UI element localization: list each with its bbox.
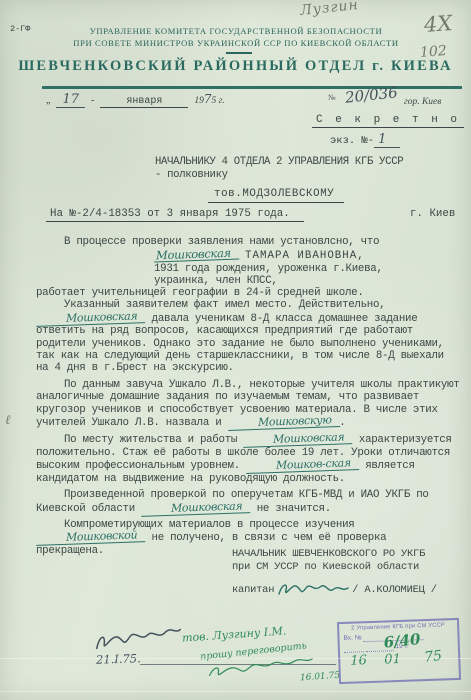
paragraph-3: По данным завуча Ушкало Л.В., некоторые …: [36, 379, 460, 430]
pencil-number-crossed: 4Х: [423, 11, 453, 37]
p6-surname-handwritten: Мошковской: [36, 529, 146, 546]
doc-number-label: №: [328, 93, 336, 102]
paragraph-1-intro: В процессе проверки заявления нами устан…: [36, 236, 460, 248]
org-underline-mark: [226, 52, 252, 54]
secrecy-stamp: С е к р е т н о: [312, 114, 464, 128]
reference-line: На №-2/4-18353 от 3 января 1975 года.: [46, 208, 304, 222]
department-title: ШЕВЧЕНКОВСКИЙ РАЙОННЫЙ ОТДЕЛ г. КИЕВА: [0, 58, 471, 75]
margin-pencil-mark: ℓ: [5, 412, 10, 428]
addressee-line2: - полковнику: [155, 169, 403, 182]
form-code: 2-ГФ: [10, 24, 30, 34]
dark-ink-date: 21.І.75.: [96, 651, 141, 667]
paragraph-1-tail: работает учительницей географии в 24-й с…: [36, 287, 460, 299]
document-scan-page: 2-ГФ Лузгин 4Х 102 УПРАВЛЕНИЕ КОМИТЕТА Г…: [0, 0, 471, 700]
paragraph-5: Произведенной проверкой по оперучетам КГ…: [36, 489, 460, 515]
reference-city: г. Киев: [410, 208, 455, 220]
paper-crease-line: [0, 658, 471, 659]
subject-surname-handwritten: Мошковская: [154, 247, 239, 263]
pencil-name-note: Лузгин: [299, 0, 359, 19]
signature-block: НАЧАЛЬНИК ШЕВЧЕНКОВСКОГО РО УКГБ при СМ …: [232, 548, 464, 602]
signer-title-line2: при СМ УССР по Киевской области: [232, 561, 464, 574]
green-ink-date: 16.01.75: [300, 671, 341, 684]
org-name-line2: ПРИ СОВЕТЕ МИНИСТРОВ УКРАИНСКОЙ ССР ПО К…: [58, 38, 414, 50]
dossier-line-party: украинка, член КПСС,: [154, 275, 460, 287]
header-rule: [42, 86, 462, 89]
p5-surname-handwritten: Мошковская: [141, 500, 251, 517]
stamp-entry-label: Вх. №: [343, 634, 361, 642]
signer-rank: капитан: [232, 584, 274, 597]
stamp-date-day-handwritten: 16: [350, 653, 367, 669]
green-ink-addressee-note: тов. Лузгину І.М.: [182, 624, 287, 644]
stamp-date-year-handwritten: 75: [423, 648, 442, 666]
signer-name-typed: / А.КОЛОМИЕЦ /: [352, 584, 437, 597]
date-year-digit-hw: 7: [204, 92, 212, 106]
p3-text-2: .: [339, 417, 345, 429]
copy-label: экз. №-: [330, 135, 374, 147]
subject-dossier-block: Мошковская ТАМАРА ИВАНОВНА, 1931 года ро…: [154, 248, 460, 287]
stamp-entry-number-handwritten: 6/40: [383, 630, 421, 652]
copy-number-handwritten: 1: [374, 132, 400, 148]
subject-given-names: ТАМАРА ИВАНОВНА,: [245, 250, 365, 262]
stamp-date-month-handwritten: 01: [384, 652, 401, 668]
city-printed: гор. Киев: [404, 97, 441, 107]
paper-crease-line-2: [0, 691, 471, 692]
signer-title-line1: НАЧАЛЬНИК ШЕВЧЕНКОВСКОГО РО УКГБ: [232, 548, 464, 561]
dossier-line-birth: 1931 года рождения, уроженка г.Киева,: [154, 263, 460, 275]
document-body: В процессе проверки заявления нами устан…: [36, 236, 460, 561]
date-month: января: [100, 96, 188, 108]
kolomiets-signature-scribble: [276, 578, 350, 602]
date-day-handwritten: 17: [56, 92, 85, 108]
addressee-line1: НАЧАЛЬНИКУ 4 ОТДЕЛА 2 УПРАВЛЕНИЯ КГБ УСС…: [155, 156, 403, 169]
p3-surname-handwritten: Мошковскую: [227, 414, 339, 431]
addressee-name: тов.МОДЗОЛЕВСКОМУ: [208, 188, 344, 203]
date-quote-dash: -: [91, 95, 94, 106]
p5-text-2: не значится.: [257, 503, 331, 515]
paragraph-2: Указанный заявителем факт имел место. Де…: [36, 299, 460, 374]
date-year-printed: 19: [194, 96, 204, 106]
date-open-quote: „: [46, 95, 50, 106]
org-name-line1: УПРАВЛЕНИЕ КОМИТЕТА ГОСУДАРСТВЕННОЙ БЕЗО…: [58, 26, 414, 38]
p4-text-1: По месту жительства и работы: [64, 434, 237, 446]
incoming-registration-stamp: 2 Управление КГБ при СМ УССР Вх. № 19 г.…: [337, 618, 461, 684]
doc-number-handwritten: 20/036: [344, 83, 398, 106]
paragraph-4: По месту жительства и работы Мошковская …: [36, 433, 460, 485]
date-year-tail: 5 г.: [212, 96, 225, 106]
